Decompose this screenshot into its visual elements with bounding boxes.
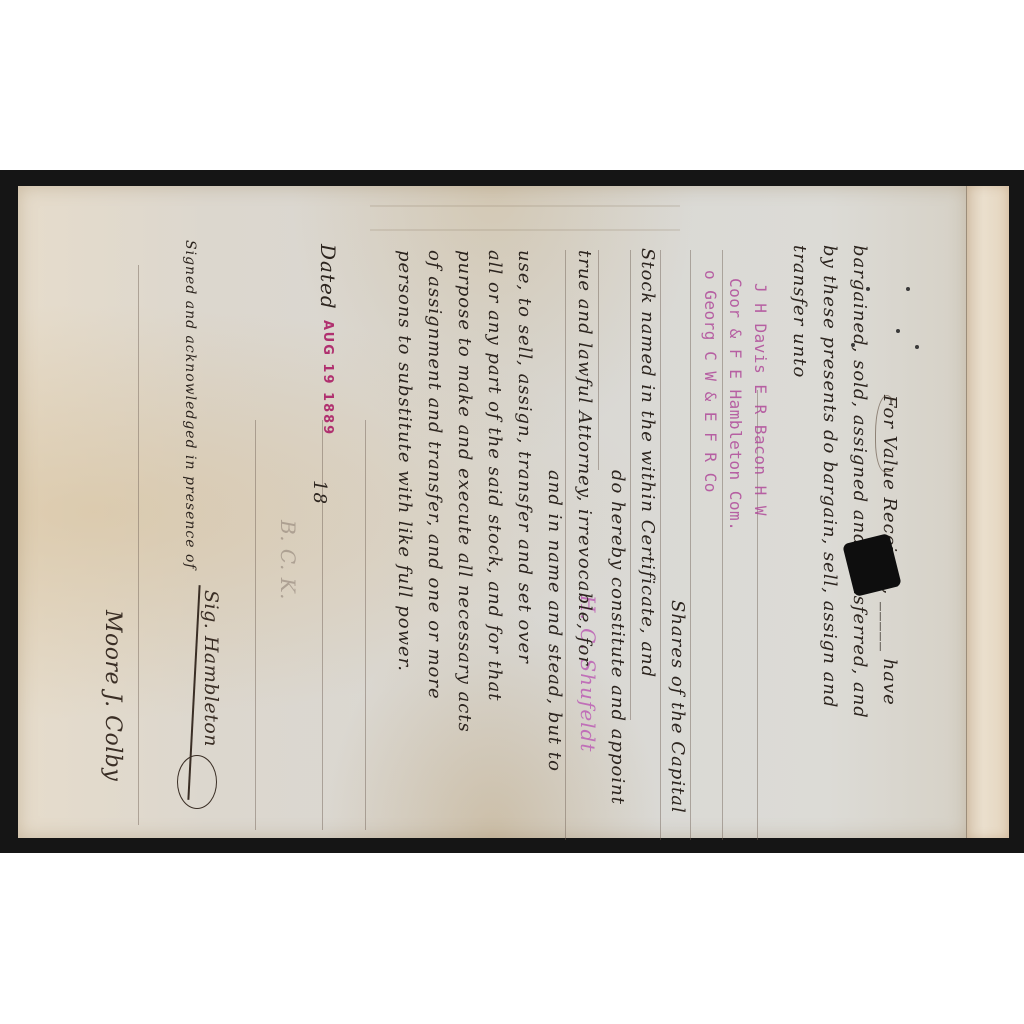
form-line-6: Stock named in the within Certificate, a… bbox=[637, 248, 658, 678]
stamp-line-1: J H Davis E R Bacon H W bbox=[751, 283, 770, 516]
form-line-10: use, to sell, assign, transfer and set o… bbox=[514, 250, 535, 664]
form-line-13: of assignment and transfer, and one or m… bbox=[424, 250, 445, 700]
form-line-5: Shares of the Capital bbox=[667, 600, 688, 814]
ruled-line bbox=[138, 265, 139, 825]
dated-year-suffix: 18 bbox=[309, 480, 330, 505]
witness-label: Signed and acknowledged in presence of bbox=[182, 240, 198, 570]
signature-hambleton: Sig. Hambleton bbox=[200, 590, 222, 747]
form-line-2: bargained, sold, assigned and transferre… bbox=[849, 245, 870, 719]
ruled-line bbox=[365, 420, 366, 830]
stamp-line-2: Coor & F E Hambleton Com. bbox=[726, 278, 745, 531]
stamp-line-3: o Georg C W & E F R Co bbox=[701, 270, 720, 493]
form-line-14: persons to substitute with like full pow… bbox=[394, 250, 415, 672]
form-line-4: transfer unto bbox=[789, 245, 810, 378]
faded-header-print bbox=[370, 205, 680, 231]
pin-hole bbox=[851, 343, 855, 347]
date-stamp: AUG 19 1889 bbox=[320, 320, 335, 436]
pin-hole bbox=[906, 287, 910, 291]
ruled-line bbox=[598, 250, 599, 470]
form-line-12: purpose to make and execute all necessar… bbox=[454, 250, 475, 733]
script-flourish bbox=[875, 395, 899, 472]
form-line-3: by these presents do bargain, sell, assi… bbox=[819, 245, 840, 708]
pencil-note: B. C. K. bbox=[276, 520, 300, 600]
signature-colby: Moore J. Colby bbox=[100, 610, 125, 781]
pin-hole bbox=[915, 345, 919, 349]
pin-hole bbox=[896, 329, 900, 333]
ruled-line bbox=[630, 250, 631, 720]
ruled-line bbox=[660, 250, 661, 840]
folded-edge-strip bbox=[966, 186, 1009, 838]
ruled-line bbox=[255, 420, 256, 830]
form-line-7: do hereby constitute and appoint bbox=[607, 470, 628, 805]
ruled-line bbox=[565, 250, 566, 840]
form-line-9: and in name and stead, but to bbox=[544, 470, 565, 772]
form-line-8: true and lawful Attorney, irrevocable, f… bbox=[574, 250, 595, 666]
ruled-line bbox=[722, 250, 723, 840]
form-line-11: all or any part of the said stock, and f… bbox=[484, 250, 505, 701]
signature-flourish bbox=[177, 755, 217, 809]
ruled-line bbox=[690, 250, 691, 840]
dated-label: Dated bbox=[316, 244, 340, 310]
pin-hole bbox=[866, 287, 870, 291]
